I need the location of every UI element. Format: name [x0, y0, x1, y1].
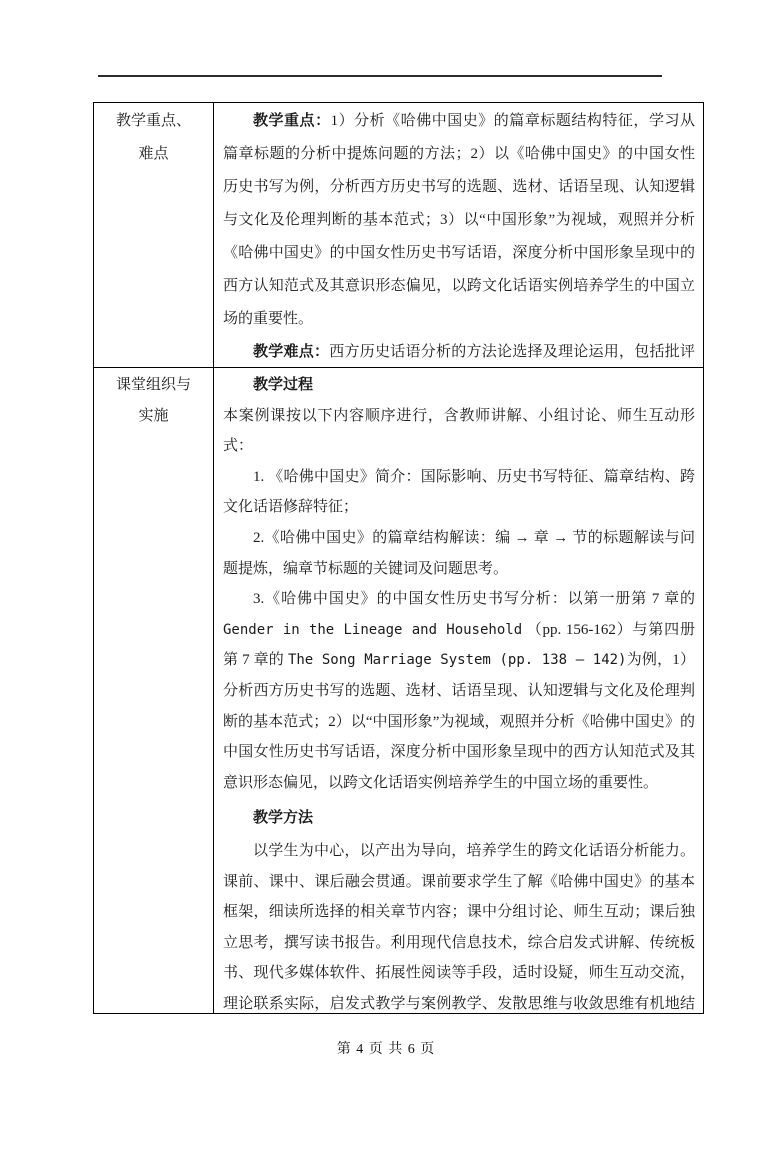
- process-item-3-en2: The Song Marriage System (pp. 138 – 142): [288, 652, 627, 668]
- process-item-3-zh3: 为例，1）分析西方历史书写的选题、选材、话语呈现、认知逻辑与文化及伦理判断的基本…: [223, 652, 695, 790]
- organization-row-header-cell: 课堂组织与 实施: [94, 368, 214, 1014]
- organization-row-content: 教学过程 本案例课按以下内容顺序进行，含教师讲解、小组讨论、师生互动形式： 1.…: [214, 368, 703, 1013]
- method-paragraph: 以学生为中心，以产出为导向，培养学生的跨文化话语分析能力。课前、课中、课后融会贯…: [223, 836, 695, 1013]
- teaching-focus-text: 1）分析《哈佛中国史》的篇章标题结构特征，学习从篇章标题的分析中提炼问题的方法；…: [223, 113, 695, 327]
- row-header-line: 实施: [94, 401, 213, 432]
- page-number: 第 4 页 共 6 页: [0, 1038, 772, 1058]
- focus-row-header: 教学重点、 难点: [94, 103, 213, 171]
- header-rule: [98, 75, 662, 77]
- teaching-focus-paragraph: 教学重点：1）分析《哈佛中国史》的篇章标题结构特征，学习从篇章标题的分析中提炼问…: [223, 105, 695, 336]
- focus-row-content: 教学重点：1）分析《哈佛中国史》的篇章标题结构特征，学习从篇章标题的分析中提炼问…: [214, 103, 703, 367]
- process-item-3: 3.《哈佛中国史》的中国女性历史书写分析：以第一册第 7 章的 Gender i…: [223, 584, 695, 798]
- row-header-line: 教学重点、: [94, 105, 213, 138]
- page-number-text: 第 4 页 共 6 页: [337, 1042, 436, 1057]
- focus-row-content-cell: 教学重点：1）分析《哈佛中国史》的篇章标题结构特征，学习从篇章标题的分析中提炼问…: [214, 103, 704, 368]
- table-row-focus-difficulty: 教学重点、 难点 教学重点：1）分析《哈佛中国史》的篇章标题结构特征，学习从篇章…: [94, 103, 704, 368]
- focus-row-header-cell: 教学重点、 难点: [94, 103, 214, 368]
- teaching-difficulty-label: 教学难点：: [253, 344, 329, 360]
- table-row-organization: 课堂组织与 实施 教学过程 本案例课按以下内容顺序进行，含教师讲解、小组讨论、师…: [94, 368, 704, 1014]
- process-item-1: 1. 《哈佛中国史》简介：国际影响、历史书写特征、篇章结构、跨文化话语修辞特征；: [223, 462, 695, 523]
- organization-row-content-cell: 教学过程 本案例课按以下内容顺序进行，含教师讲解、小组讨论、师生互动形式： 1.…: [214, 368, 704, 1014]
- row-header-line: 难点: [94, 138, 213, 171]
- process-heading: 教学过程: [223, 370, 695, 401]
- process-intro: 本案例课按以下内容顺序进行，含教师讲解、小组讨论、师生互动形式：: [223, 401, 695, 462]
- lesson-plan-table: 教学重点、 难点 教学重点：1）分析《哈佛中国史》的篇章标题结构特征，学习从篇章…: [93, 102, 704, 1014]
- process-item-3-zh1: 3.《哈佛中国史》的中国女性历史书写分析：以第一册第 7 章的: [253, 591, 695, 607]
- method-heading: 教学方法: [223, 803, 695, 834]
- document-page: 教学重点、 难点 教学重点：1）分析《哈佛中国史》的篇章标题结构特征，学习从篇章…: [0, 0, 772, 1167]
- teaching-focus-label: 教学重点：: [253, 113, 331, 129]
- teaching-difficulty-paragraph: 教学难点：西方历史话语分析的方法论选择及理论运用，包括批评话语分析方法、修辞批评…: [223, 336, 695, 367]
- process-item-2: 2.《哈佛中国史》的篇章结构解读：编 → 章 → 节的标题解读与问题提炼，编章节…: [223, 523, 695, 584]
- organization-row-header: 课堂组织与 实施: [94, 368, 213, 431]
- row-header-line: 课堂组织与: [94, 370, 213, 401]
- process-item-3-en1: Gender in the Lineage and Household: [223, 622, 522, 638]
